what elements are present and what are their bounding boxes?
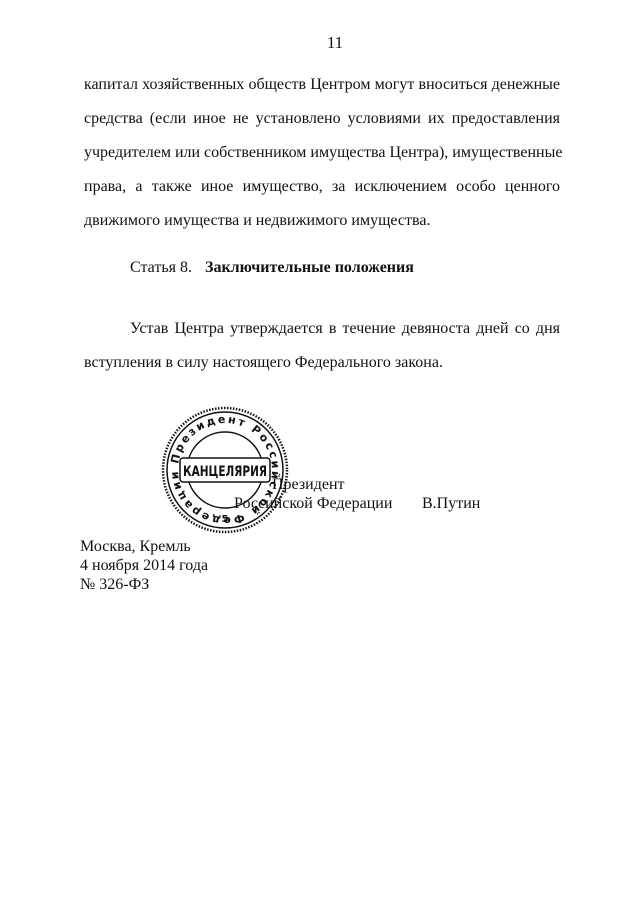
date-of-signing: 4 ноября 2014 года xyxy=(80,556,208,575)
stamp-seal-icon: Президент Российской Федерации КАНЦЕЛЯРИ… xyxy=(160,405,290,535)
paragraph-charter-approval: Устав Центра утверждается в течение девя… xyxy=(84,312,560,380)
article-heading: Статья 8.Заключительные положения xyxy=(130,259,414,277)
signatory-organization: Российской Федерации xyxy=(234,495,392,513)
article-number: Статья 8. xyxy=(130,259,205,277)
law-number: № 326-ФЗ xyxy=(80,575,208,594)
text-line: средства (если иное не установлено услов… xyxy=(84,102,560,136)
page-number: 11 xyxy=(0,33,640,53)
svg-text:5: 5 xyxy=(222,514,229,525)
text-line: Устав Центра утверждается в течение девя… xyxy=(84,312,560,346)
document-footer: Москва, Кремль 4 ноября 2014 года № 326-… xyxy=(80,537,208,594)
text-line: вступления в силу настоящего Федеральног… xyxy=(84,346,560,380)
text-line: права, а также иное имущество, за исключ… xyxy=(84,170,560,204)
text-line: учредителем или собственником имущества … xyxy=(84,136,560,170)
official-stamp: Президент Российской Федерации КАНЦЕЛЯРИ… xyxy=(160,405,290,535)
text-line: движимого имущества и недвижимого имущес… xyxy=(84,204,560,238)
svg-text:КАНЦЕЛЯРИЯ: КАНЦЕЛЯРИЯ xyxy=(183,464,267,480)
signatory-name: В.Путин xyxy=(422,495,480,513)
signatory-title: Президент xyxy=(272,476,345,494)
article-title: Заключительные положения xyxy=(205,259,414,276)
text-line: капитал хозяйственных обществ Центром мо… xyxy=(84,68,560,102)
paragraph-capital-contributions: капитал хозяйственных обществ Центром мо… xyxy=(84,68,560,238)
place-of-signing: Москва, Кремль xyxy=(80,537,208,556)
